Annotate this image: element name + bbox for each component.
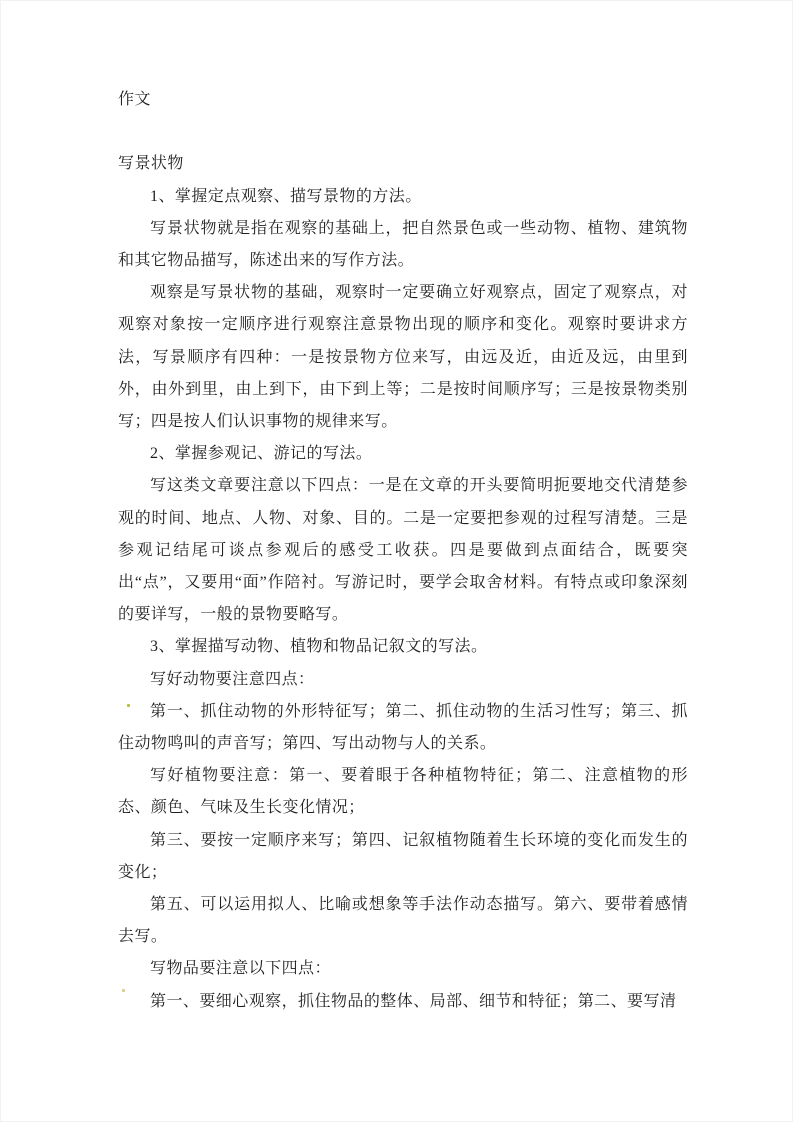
paragraph-visit-notes: 写这类文章要注意以下四点：一是在文章的开头要简明扼要地交代清楚参观的时间、地点、…	[118, 470, 688, 631]
paragraph-method-1: 1、掌握定点观察、描写景物的方法。	[118, 181, 688, 213]
paragraph-object-points: 第一、要细心观察，抓住物品的整体、局部、细节和特征；第二、要写清	[118, 986, 688, 1018]
document-title: 作文	[118, 84, 688, 116]
paragraph-plant-points-3: 第五、可以运用拟人、比喻或想象等手法作动态描写。第六、要带着感情去写。	[118, 889, 688, 953]
blank-line	[118, 116, 688, 148]
paragraph-animal-points: 第一、抓住动物的外形特征写；第二、抓住动物的生活习性写；第三、抓住动物鸣叫的声音…	[118, 696, 688, 760]
proofing-speck-icon	[122, 989, 125, 992]
paragraph-observation: 观察是写景状物的基础，观察时一定要确立好观察点，固定了观察点，对观察对象按一定顺…	[118, 277, 688, 438]
paragraph-method-2: 2、掌握参观记、游记的写法。	[118, 438, 688, 470]
paragraph-object-intro: 写物品要注意以下四点：	[118, 953, 688, 985]
paragraph-method-3: 3、掌握描写动物、植物和物品记叙文的写法。	[118, 631, 688, 663]
document-page: 作文 写景状物 1、掌握定点观察、描写景物的方法。 写景状物就是指在观察的基础上…	[0, 0, 793, 1122]
paragraph-plant-points-1: 写好植物要注意：第一、要着眼于各种植物特征；第二、注意植物的形态、颜色、气味及生…	[118, 760, 688, 824]
paragraph-plant-points-2: 第三、要按一定顺序来写；第四、记叙植物随着生长环境的变化而发生的变化；	[118, 825, 688, 889]
section-heading: 写景状物	[118, 148, 688, 180]
document-body: 作文 写景状物 1、掌握定点观察、描写景物的方法。 写景状物就是指在观察的基础上…	[118, 84, 688, 1018]
paragraph-definition: 写景状物就是指在观察的基础上，把自然景色或一些动物、植物、建筑物和其它物品描写，…	[118, 213, 688, 277]
paragraph-animal-intro: 写好动物要注意四点：	[118, 664, 688, 696]
proofing-speck-icon	[127, 704, 130, 707]
